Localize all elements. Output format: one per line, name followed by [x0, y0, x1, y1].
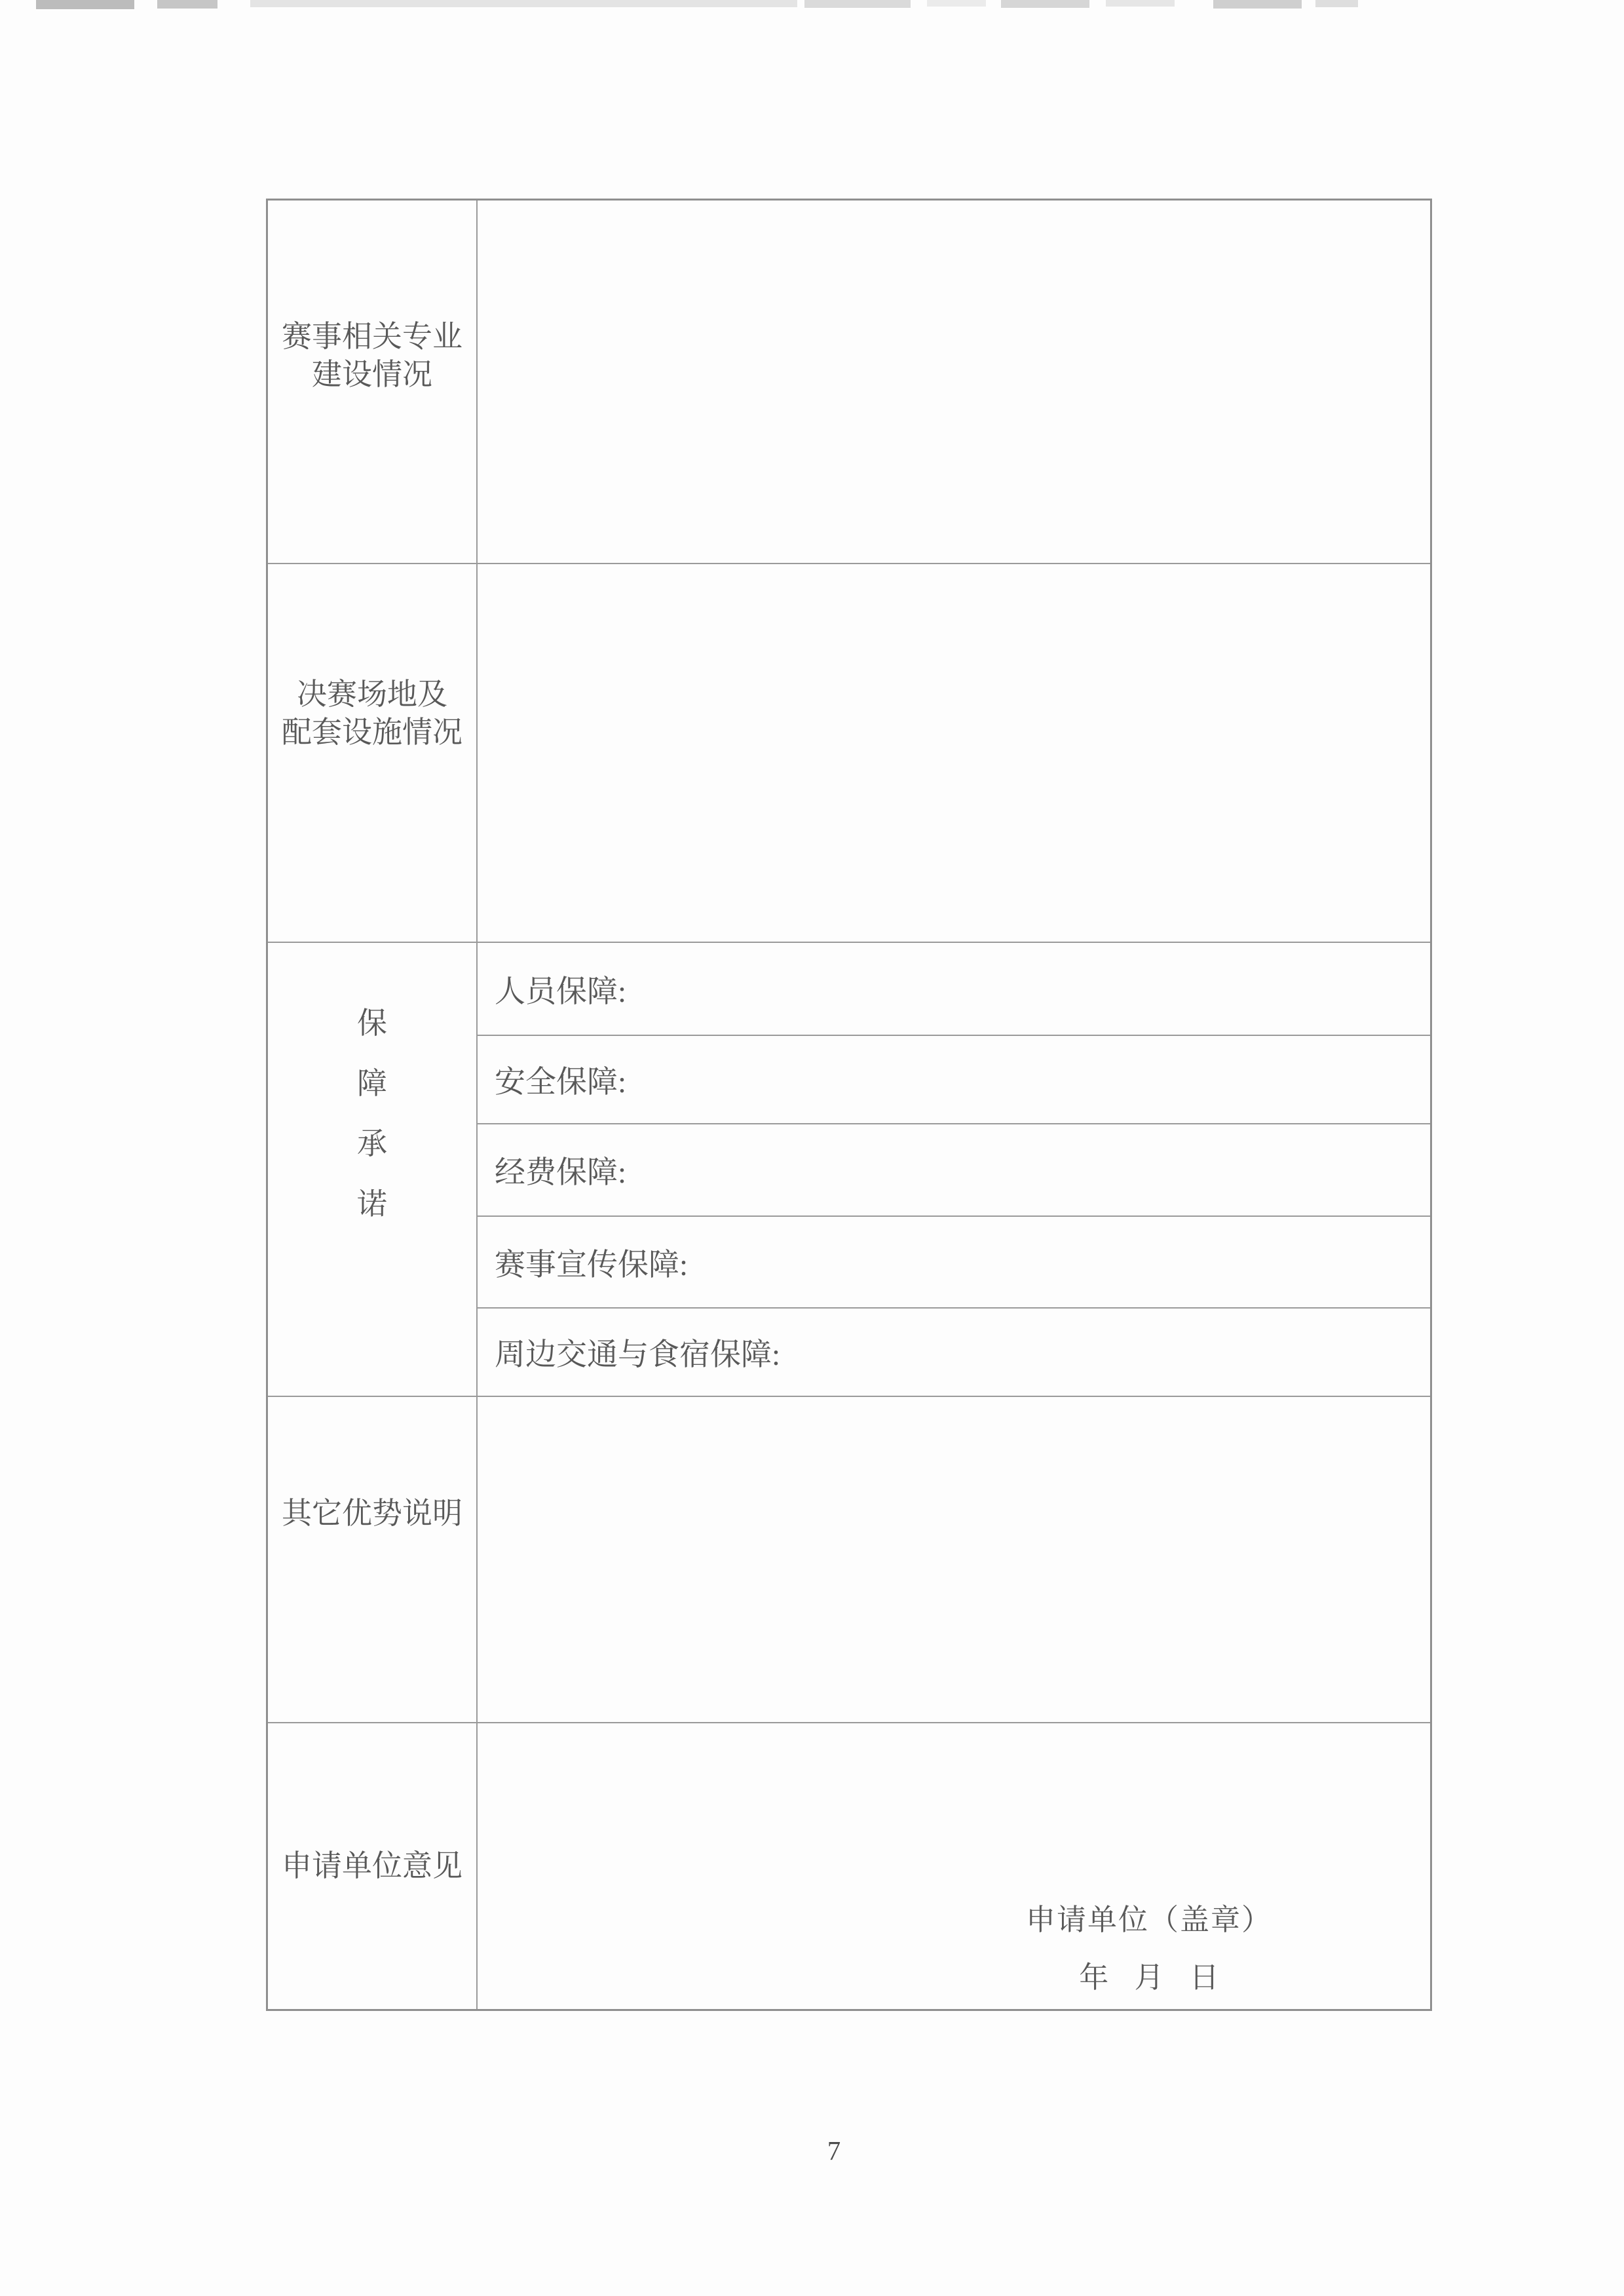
row4-label: 其它优势说明 — [282, 1495, 463, 1533]
guarantee-char-2: 障 — [357, 1054, 387, 1114]
row-label-applicant-unit-opinion: 申请单位意见 — [268, 1723, 478, 2009]
sub-row-funding-guarantee: 经费保障: — [478, 1124, 1430, 1217]
sub-row-publicity-guarantee: 赛事宣传保障: — [478, 1217, 1430, 1309]
row4-content-cell — [478, 1397, 1430, 1723]
safety-guarantee-label: 安全保障: — [495, 1058, 626, 1101]
sub-row-safety-guarantee: 安全保障: — [478, 1036, 1430, 1124]
personnel-guarantee-label: 人员保障: — [495, 967, 626, 1011]
guarantee-char-4: 诺 — [357, 1174, 387, 1234]
scanned-form-page: 赛事相关专业 建设情况 决赛场地及 配套设施情况 保 障 承 诺 — [0, 0, 1624, 2296]
publicity-guarantee-label: 赛事宣传保障: — [495, 1240, 688, 1284]
scan-artifact — [1001, 0, 1089, 8]
scan-artifact — [36, 0, 134, 9]
row5-content-cell: 申请单位（盖章） 年 月 日 — [478, 1723, 1430, 2009]
applicant-unit-seal-line: 申请单位（盖章） — [1025, 1902, 1274, 1938]
scan-artifact — [1213, 0, 1302, 9]
row1-label-line1: 赛事相关专业 — [282, 318, 463, 356]
transport-lodging-guarantee-label: 周边交通与食宿保障: — [495, 1330, 780, 1374]
guarantee-subtable: 人员保障: 安全保障: 经费保障: 赛事宣传保障: 周边交通与食宿保障: — [478, 943, 1430, 1396]
row-label-competition-major-construction: 赛事相关专业 建设情况 — [268, 201, 478, 564]
sub-row-personnel-guarantee: 人员保障: — [478, 943, 1430, 1036]
row-label-other-advantages: 其它优势说明 — [268, 1397, 478, 1723]
application-form-table: 赛事相关专业 建设情况 决赛场地及 配套设施情况 保 障 承 诺 — [266, 199, 1432, 2011]
row1-content-cell — [478, 201, 1430, 564]
scan-artifact — [927, 0, 986, 7]
row2-label-line2: 配套设施情况 — [282, 714, 463, 752]
row-label-guarantee-commitment: 保 障 承 诺 — [268, 943, 478, 1397]
guarantee-subtable-cell: 人员保障: 安全保障: 经费保障: 赛事宣传保障: 周边交通与食宿保障: — [478, 943, 1430, 1397]
scan-artifact — [157, 0, 217, 9]
row2-content-cell — [478, 564, 1430, 943]
scan-artifact — [250, 0, 797, 7]
guarantee-char-3: 承 — [357, 1114, 387, 1174]
year-month-day-line: 年 月 日 — [1025, 1959, 1274, 1996]
row2-label-line1: 决赛场地及 — [282, 676, 463, 714]
page-number: 7 — [811, 2135, 857, 2166]
stamp-date-block: 申请单位（盖章） 年 月 日 — [1025, 1902, 1274, 1996]
row5-label: 申请单位意见 — [282, 1847, 463, 1885]
row1-label-line2: 建设情况 — [282, 356, 463, 394]
scan-artifact — [804, 0, 911, 8]
funding-guarantee-label: 经费保障: — [495, 1148, 626, 1192]
scan-artifact — [1315, 0, 1358, 7]
row-label-final-venue-facilities: 决赛场地及 配套设施情况 — [268, 564, 478, 943]
guarantee-char-1: 保 — [357, 993, 387, 1054]
scan-artifact — [1106, 0, 1175, 7]
sub-row-transport-lodging-guarantee: 周边交通与食宿保障: — [478, 1309, 1430, 1396]
